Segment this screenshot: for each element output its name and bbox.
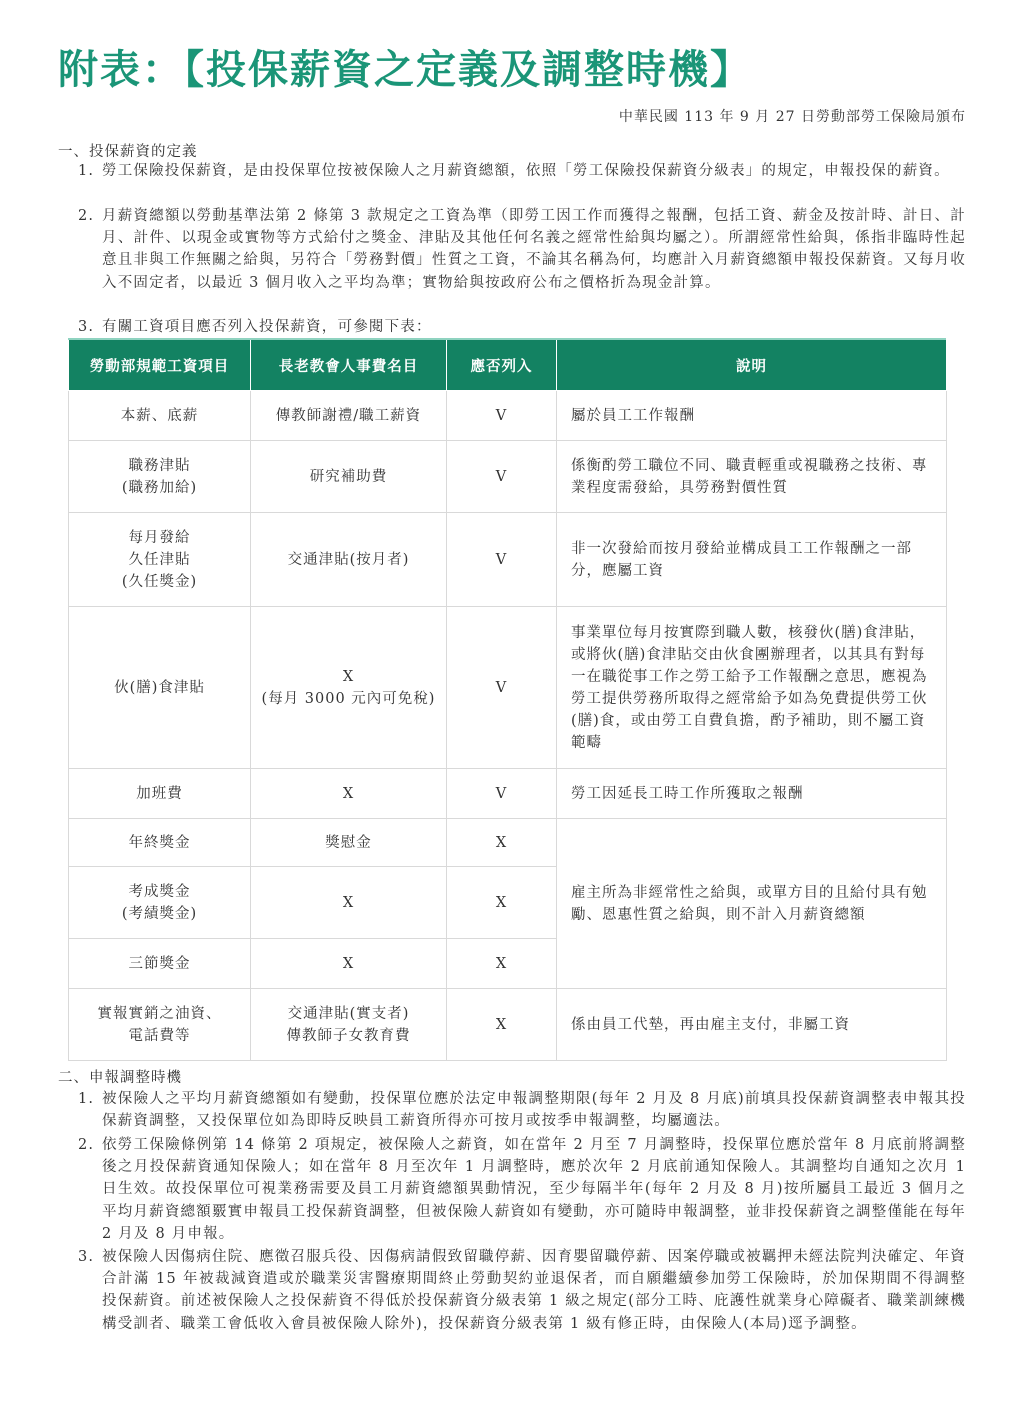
item-number: 2. [78,1134,102,1156]
cell-include: X [447,939,557,989]
cell-item: 三節獎金 [69,939,251,989]
item-number: 3. [78,1246,102,1268]
item-number: 2. [78,205,102,227]
cell-include: X [447,819,557,867]
cell-church: 研究補助費 [251,441,447,513]
cell-item: 實報實銷之油資、 電話費等 [69,989,251,1061]
wage-items-table: 勞動部規範工資項目 長老教會人事費名目 應否列入 說明 本薪、底薪 傳教師謝禮/… [68,340,947,1061]
table-header-row: 勞動部規範工資項目 長老教會人事費名目 應否列入 說明 [69,340,947,391]
cell-item: 年終獎金 [69,819,251,867]
cell-include: X [447,867,557,939]
cell-item: 職務津貼 (職務加給) [69,441,251,513]
cell-item: 本薪、底薪 [69,391,251,441]
item-number: 3. [78,316,102,338]
section-1-item-3: 3. 有關工資項目應否列入投保薪資，可參閱下表： [78,316,966,338]
cell-church: 獎慰金 [251,819,447,867]
cell-desc: 屬於員工工作報酬 [557,391,947,441]
table-row: 加班費 X V 勞工因延長工時工作所獲取之報酬 [69,769,947,819]
header-labor-item: 勞動部規範工資項目 [69,340,251,391]
cell-include: V [447,391,557,441]
table-row: 本薪、底薪 傳教師謝禮/職工薪資 V 屬於員工工作報酬 [69,391,947,441]
cell-include: V [447,513,557,607]
header-church-item: 長老教會人事費名目 [251,340,447,391]
cell-include: V [447,769,557,819]
section-2-item-2: 2. 依勞工保險條例第 14 條第 2 項規定，被保險人之薪資，如在當年 2 月… [78,1134,966,1245]
cell-item: 每月發給 久任津貼 (久任獎金) [69,513,251,607]
cell-include: V [447,607,557,769]
table-row: 伙(膳)食津貼 X (每月 3000 元內可免稅) V 事業單位每月按實際到職人… [69,607,947,769]
item-text: 有關工資項目應否列入投保薪資，可參閱下表： [102,316,966,338]
cell-church: X [251,867,447,939]
section-1-item-2: 2. 月薪資總額以勞動基準法第 2 條第 3 款規定之工資為準（即勞工因工作而獲… [78,205,966,294]
table-row: 每月發給 久任津貼 (久任獎金) 交通津貼(按月者) V 非一次發給而按月發給並… [69,513,947,607]
document-title: 附表：【投保薪資之定義及調整時機】 [58,38,752,95]
section-2-item-1: 1. 被保險人之平均月薪資總額如有變動，投保單位應於法定申報調整期限(每年 2 … [78,1088,966,1132]
cell-desc: 係由員工代墊，再由雇主支付，非屬工資 [557,989,947,1061]
cell-church: X [251,769,447,819]
cell-include: V [447,441,557,513]
item-text: 被保險人之平均月薪資總額如有變動，投保單位應於法定申報調整期限(每年 2 月及 … [102,1088,966,1132]
item-text: 月薪資總額以勞動基準法第 2 條第 3 款規定之工資為準（即勞工因工作而獲得之報… [102,205,966,294]
table-row: 實報實銷之油資、 電話費等 交通津貼(實支者) 傳教師子女教育費 X 係由員工代… [69,989,947,1061]
cell-church: 傳教師謝禮/職工薪資 [251,391,447,441]
cell-desc: 事業單位每月按實際到職人數，核發伙(膳)食津貼，或將伙(膳)食津貼交由伙食團辦理… [557,607,947,769]
cell-church: X [251,939,447,989]
section-1-heading: 一、投保薪資的定義 [58,140,198,161]
header-description: 說明 [557,340,947,391]
table-row: 職務津貼 (職務加給) 研究補助費 V 係衡酌勞工職位不同、職責輕重或視職務之技… [69,441,947,513]
publish-note: 中華民國 113 年 9 月 27 日勞動部勞工保險局頒布 [619,106,966,126]
cell-desc: 勞工因延長工時工作所獲取之報酬 [557,769,947,819]
item-text: 勞工保險投保薪資，是由投保單位按被保險人之月薪資總額，依照「勞工保險投保薪資分級… [102,160,966,182]
cell-church: 交通津貼(實支者) 傳教師子女教育費 [251,989,447,1061]
cell-item: 加班費 [69,769,251,819]
section-2-heading: 二、申報調整時機 [58,1066,182,1087]
cell-desc: 非一次發給而按月發給並構成員工工作報酬之一部分，應屬工資 [557,513,947,607]
cell-item: 考成獎金 (考績獎金) [69,867,251,939]
item-number: 1. [78,160,102,182]
item-text: 被保險人因傷病住院、應徵召服兵役、因傷病請假致留職停薪、因育嬰留職停薪、因案停職… [102,1246,966,1335]
cell-item: 伙(膳)食津貼 [69,607,251,769]
cell-church: X (每月 3000 元內可免稅) [251,607,447,769]
item-text: 依勞工保險條例第 14 條第 2 項規定，被保險人之薪資，如在當年 2 月至 7… [102,1134,966,1245]
section-2-item-3: 3. 被保險人因傷病住院、應徵召服兵役、因傷病請假致留職停薪、因育嬰留職停薪、因… [78,1246,966,1335]
cell-include: X [447,989,557,1061]
item-number: 1. [78,1088,102,1110]
cell-desc-merged: 雇主所為非經常性之給與，或單方目的且給付具有勉勵、恩惠性質之給與，則不計入月薪資… [557,819,947,989]
cell-desc: 係衡酌勞工職位不同、職責輕重或視職務之技術、專業程度需發給，具勞務對價性質 [557,441,947,513]
section-1-item-1: 1. 勞工保險投保薪資，是由投保單位按被保險人之月薪資總額，依照「勞工保險投保薪… [78,160,966,182]
header-include: 應否列入 [447,340,557,391]
cell-church: 交通津貼(按月者) [251,513,447,607]
table-row: 年終獎金 獎慰金 X 雇主所為非經常性之給與，或單方目的且給付具有勉勵、恩惠性質… [69,819,947,867]
